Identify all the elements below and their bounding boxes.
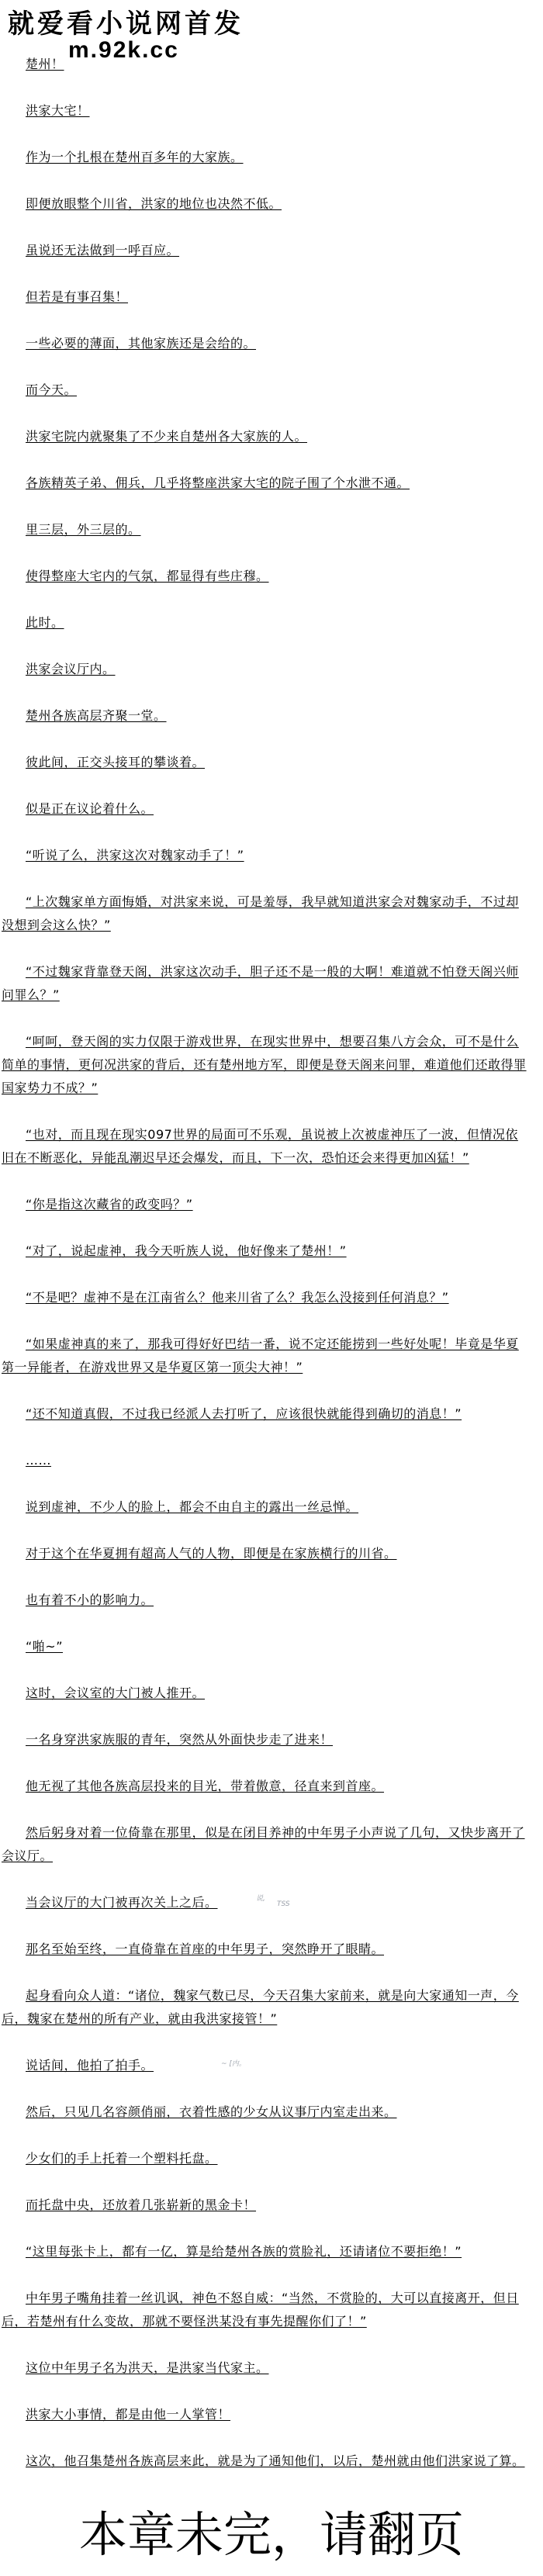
- paragraph: 里三层，外三层的。: [2, 518, 529, 541]
- paragraph: “这里每张卡上，都有一亿，算是给楚州各族的赏脸礼，还请诸位不要拒绝！”: [2, 2240, 529, 2263]
- paragraph: “也对，而且现在现实097世界的局面可不乐观，虽说被上次被虚神压了一波，但情况依…: [2, 1123, 529, 1170]
- chapter-content: 楚州！洪家大宅！作为一个扎根在楚州百多年的大家族。即便放眼整个川省，洪家的地位也…: [2, 53, 529, 2496]
- paragraph: 洪家大小事情，都是由他一人掌管！: [2, 2403, 529, 2426]
- paragraph: 一些必要的薄面，其他家族还是会给的。: [2, 332, 529, 355]
- paragraph: 彼此间，正交头接耳的攀谈着。: [2, 751, 529, 774]
- paragraph: 洪家会议厅内。: [2, 658, 529, 681]
- paragraph: 洪家宅院内就聚集了不少来自楚州各大家族的人。: [2, 425, 529, 448]
- paragraph: “如果虚神真的来了，那我可得好好巴结一番，说不定还能捞到一些好处呢！毕竟是华夏第…: [2, 1333, 529, 1379]
- paragraph: 作为一个扎根在楚州百多年的大家族。: [2, 146, 529, 169]
- paragraph: 这次，他召集楚州各族高层来此，就是为了通知他们，以后，楚州就由他们洪家说了算。: [2, 2450, 529, 2473]
- paragraph: 而托盘中央，还放着几张崭新的黑金卡！: [2, 2194, 529, 2217]
- paragraph: “上次魏家单方面悔婚，对洪家来说，可是羞辱，我早就知道洪家会对魏家动手，不过却没…: [2, 890, 529, 937]
- paragraph: 而今天。: [2, 379, 529, 402]
- paragraph: “啪~”: [2, 1635, 529, 1658]
- paragraph: 此时。: [2, 611, 529, 634]
- paragraph: 似是正在议论着什么。: [2, 797, 529, 821]
- watermark-noise-2: TSS: [277, 1900, 290, 1908]
- paragraph: 洪家大宅！: [2, 99, 529, 123]
- paragraph: “对了，说起虚神，我今天听族人说，他好像来了楚州！”: [2, 1240, 529, 1263]
- paragraph: 即便放眼整个川省，洪家的地位也决然不低。: [2, 192, 529, 216]
- paragraph: 各族精英子弟、佣兵，几乎将整座洪家大宅的院子围了个水泄不通。: [2, 472, 529, 495]
- paragraph: 中年男子嘴角挂着一丝讥讽，神色不怒自威：“当然，不赏脸的，大可以直接离开，但日后…: [2, 2287, 529, 2333]
- paragraph: “呵呵，登天阁的实力仅限于游戏世界，在现实世界中，想要召集八方会众，可不是什么简…: [2, 1030, 529, 1100]
- paragraph: 然后，只见几名容颜俏丽，衣着性感的少女从议事厅内室走出来。: [2, 2101, 529, 2124]
- paragraph: 他无视了其他各族高层投来的目光，带着傲意，径直来到首座。: [2, 1775, 529, 1798]
- paragraph: 当会议厅的大门被再次关上之后。: [2, 1891, 529, 1914]
- paragraph: 对于这个在华夏拥有超高人气的人物，即便是在家族横行的川省。: [2, 1542, 529, 1565]
- paragraph: 说到虚神，不少人的脸上，都会不由自主的露出一丝忌惮。: [2, 1495, 529, 1519]
- paragraph: “还不知道真假，不过我已经派人去打听了，应该很快就能得到确切的消息！”: [2, 1402, 529, 1426]
- paragraph: 虽说还无法做到一呼百应。: [2, 239, 529, 262]
- paragraph: 那名至始至终，一直倚靠在首座的中年男子，突然睁开了眼睛。: [2, 1938, 529, 1961]
- paragraph: 少女们的手上托着一个塑料托盘。: [2, 2147, 529, 2170]
- chapter-continue-notice[interactable]: 本章未完，请翻页: [0, 2504, 543, 2566]
- paragraph: “听说了么，洪家这次对魏家动手了！”: [2, 844, 529, 867]
- paragraph: 说话间，他拍了拍手。: [2, 2054, 529, 2077]
- paragraph: 这位中年男子名为洪天，是洪家当代家主。: [2, 2356, 529, 2380]
- paragraph: 起身看向众人道：“诸位，魏家气数已尽，今天召集大家前来，就是向大家通知一声，今后…: [2, 1984, 529, 2031]
- paragraph: 楚州各族高层齐聚一堂。: [2, 704, 529, 728]
- watermark-noise-3: ~ [内。: [221, 2058, 246, 2068]
- paragraph: “你是指这次藏省的政变吗？”: [2, 1193, 529, 1216]
- watermark-noise-1: 说,: [256, 1893, 265, 1903]
- paragraph: 楚州！: [2, 53, 529, 76]
- paragraph: ……: [2, 1449, 529, 1472]
- paragraph: 也有着不小的影响力。: [2, 1589, 529, 1612]
- paragraph: “不是吧？虚神不是在江南省么？他来川省了么？我怎么没接到任何消息？”: [2, 1286, 529, 1309]
- paragraph: 但若是有事召集！: [2, 285, 529, 309]
- paragraph: 然后躬身对着一位倚靠在那里，似是在闭目养神的中年男子小声说了几句，又快步离开了会…: [2, 1821, 529, 1868]
- paragraph: 使得整座大宅内的气氛，都显得有些庄穆。: [2, 565, 529, 588]
- site-title: 就爱看小说网首发: [8, 9, 248, 39]
- paragraph: “不过魏家背靠登天阁，洪家这次动手，胆子还不是一般的大啊！难道就不怕登天阁兴师问…: [2, 960, 529, 1007]
- paragraph: 这时，会议室的大门被人推开。: [2, 1682, 529, 1705]
- paragraph: 一名身穿洪家族服的青年，突然从外面快步走了进来！: [2, 1728, 529, 1751]
